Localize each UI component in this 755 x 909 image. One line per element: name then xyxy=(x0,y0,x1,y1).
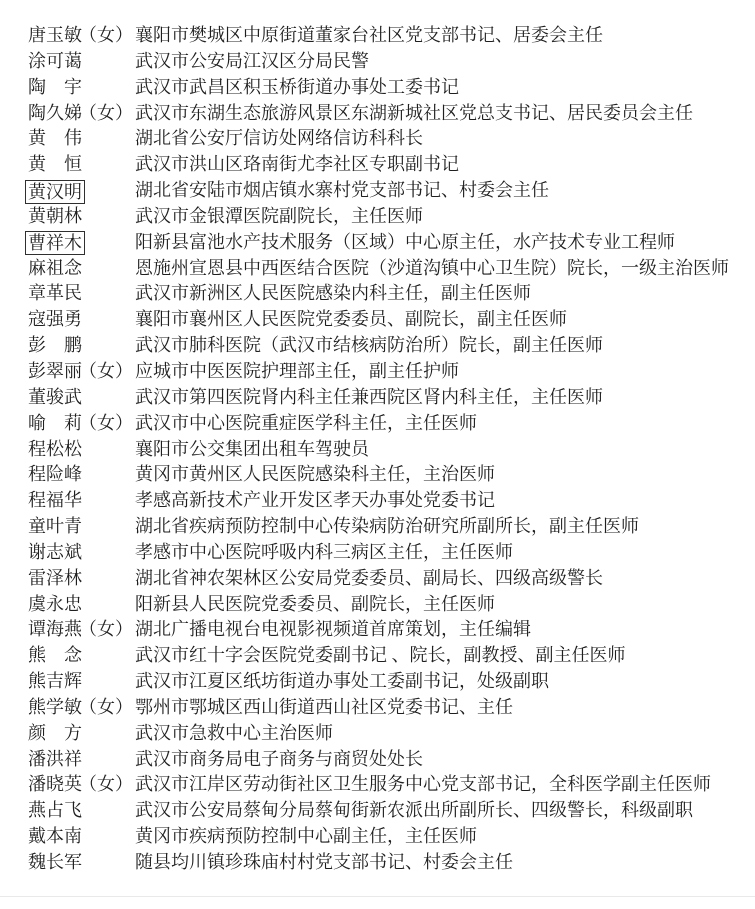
person-title: 随县均川镇珍珠庙村村党支部书记、村委会主任 xyxy=(135,850,513,876)
person-title: 阳新县富池水产技术服务（区域）中心原主任，水产技术专业工程师 xyxy=(135,230,675,256)
document-page: 唐玉敏 （女） 襄阳市樊城区中原街道董家台社区党支部书记、居委会主任 涂可蔼 武… xyxy=(0,0,755,909)
list-row: 谢志斌 孝感市中心医院呼吸内科三病区主任，主任医师 xyxy=(0,540,755,566)
person-title: 湖北省公安厅信访处网络信访科科长 xyxy=(135,126,423,152)
person-name: 陶久娣 xyxy=(28,101,82,127)
list-row: 燕占飞 武汉市公安局蔡甸分局蔡甸街新农派出所副所长、四级警长，科级副职 xyxy=(0,798,755,824)
list-row: 颜 方 武汉市急救中心主治医师 xyxy=(0,721,755,747)
person-name: 喻 莉 xyxy=(28,411,82,437)
person-name: 熊学敏 xyxy=(28,695,82,721)
person-name: 曹祥木 xyxy=(25,231,85,255)
person-name: 彭 鹏 xyxy=(28,333,82,359)
list-row: 熊 念 武汉市红十字会医院党委副书记 、院长，副教授、副主任医师 xyxy=(0,643,755,669)
list-row: 谭海燕 （女） 湖北广播电视台电视影视频道首席策划，主任编辑 xyxy=(0,617,755,643)
list-row: 熊学敏 （女） 鄂州市鄂城区西山街道西山社区党委书记、主任 xyxy=(0,695,755,721)
gender-marker: （女） xyxy=(79,359,133,385)
person-title: 武汉市新洲区人民医院感染内科主任，副主任医师 xyxy=(135,281,531,307)
person-name: 谭海燕 xyxy=(28,617,82,643)
person-title: 恩施州宣恩县中西医结合医院（沙道沟镇中心卫生院）院长，一级主治医师 xyxy=(135,256,729,282)
person-name: 程松松 xyxy=(28,437,82,463)
list-row: 彭 鹏 武汉市肺科医院（武汉市结核病防治所）院长，副主任医师 xyxy=(0,333,755,359)
person-title: 孝感市中心医院呼吸内科三病区主任，主任医师 xyxy=(135,540,513,566)
person-title: 武汉市肺科医院（武汉市结核病防治所）院长，副主任医师 xyxy=(135,333,603,359)
person-name: 虞永忠 xyxy=(28,592,82,618)
person-title: 孝感高新技术产业开发区孝天办事处党委书记 xyxy=(135,488,495,514)
gender-marker: （女） xyxy=(79,411,133,437)
person-title: 武汉市武昌区积玉桥街道办事处工委书记 xyxy=(135,75,459,101)
person-name: 燕占飞 xyxy=(28,798,82,824)
person-title: 湖北省神农架林区公安局党委委员、副局长、四级高级警长 xyxy=(135,566,603,592)
person-title: 应城市中医医院护理部主任，副主任护师 xyxy=(135,359,459,385)
person-name: 黄汉明 xyxy=(25,180,85,204)
list-row: 彭翠丽 （女） 应城市中医医院护理部主任，副主任护师 xyxy=(0,359,755,385)
person-title: 襄阳市公交集团出租车驾驶员 xyxy=(135,437,369,463)
award-list: 唐玉敏 （女） 襄阳市樊城区中原街道董家台社区党支部书记、居委会主任 涂可蔼 武… xyxy=(0,23,755,876)
person-title: 武汉市公安局江汉区分局民警 xyxy=(135,49,369,75)
person-name: 熊 念 xyxy=(28,643,82,669)
person-name: 程福华 xyxy=(28,488,82,514)
person-name: 章革民 xyxy=(28,281,82,307)
page-footer-divider xyxy=(0,896,755,897)
person-name: 董骏武 xyxy=(28,385,82,411)
person-title: 武汉市江岸区劳动街社区卫生服务中心党支部书记，全科医学副主任医师 xyxy=(135,772,711,798)
person-title: 武汉市红十字会医院党委副书记 、院长，副教授、副主任医师 xyxy=(135,643,626,669)
person-title: 襄阳市樊城区中原街道董家台社区党支部书记、居委会主任 xyxy=(135,23,603,49)
list-row: 程险峰 黄冈市黄州区人民医院感染科主任，主治医师 xyxy=(0,462,755,488)
gender-marker: （女） xyxy=(79,695,133,721)
person-name: 谢志斌 xyxy=(28,540,82,566)
gender-marker: （女） xyxy=(79,772,133,798)
person-name: 黄 恒 xyxy=(28,152,82,178)
list-row: 黄 恒 武汉市洪山区珞南街尤李社区专职副书记 xyxy=(0,152,755,178)
list-row: 董骏武 武汉市第四医院肾内科主任兼西院区肾内科主任，主任医师 xyxy=(0,385,755,411)
list-row: 麻祖念 恩施州宣恩县中西医结合医院（沙道沟镇中心卫生院）院长，一级主治医师 xyxy=(0,256,755,282)
list-row: 魏长军 随县均川镇珍珠庙村村党支部书记、村委会主任 xyxy=(0,850,755,876)
person-name: 雷泽林 xyxy=(28,566,82,592)
person-title: 武汉市第四医院肾内科主任兼西院区肾内科主任，主任医师 xyxy=(135,385,603,411)
person-title: 武汉市金银潭医院副院长，主任医师 xyxy=(135,204,423,230)
list-row: 黄朝林 武汉市金银潭医院副院长，主任医师 xyxy=(0,204,755,230)
person-name: 颜 方 xyxy=(28,721,82,747)
person-title: 湖北省疾病预防控制中心传染病防治研究所副所长，副主任医师 xyxy=(135,514,639,540)
list-row: 戴本南 黄冈市疾病预防控制中心副主任，主任医师 xyxy=(0,824,755,850)
person-name: 戴本南 xyxy=(28,824,82,850)
list-row: 潘晓英 （女） 武汉市江岸区劳动街社区卫生服务中心党支部书记，全科医学副主任医师 xyxy=(0,772,755,798)
person-name: 涂可蔼 xyxy=(28,49,82,75)
list-row: 虞永忠 阳新县人民医院党委委员、副院长，主任医师 xyxy=(0,592,755,618)
person-name: 魏长军 xyxy=(28,850,82,876)
list-row: 童叶青 湖北省疾病预防控制中心传染病防治研究所副所长，副主任医师 xyxy=(0,514,755,540)
list-row: 程福华 孝感高新技术产业开发区孝天办事处党委书记 xyxy=(0,488,755,514)
person-name: 陶 宇 xyxy=(28,75,82,101)
list-row: 黄汉明 湖北省安陆市烟店镇水寨村党支部书记、村委会主任 xyxy=(0,178,755,204)
person-title: 武汉市东湖生态旅游风景区东湖新城社区党总支书记、居民委员会主任 xyxy=(135,101,693,127)
person-name: 唐玉敏 xyxy=(28,23,82,49)
list-row: 陶久娣 （女） 武汉市东湖生态旅游风景区东湖新城社区党总支书记、居民委员会主任 xyxy=(0,101,755,127)
person-name: 黄 伟 xyxy=(28,126,82,152)
gender-marker: （女） xyxy=(79,23,133,49)
person-title: 襄阳市襄州区人民医院党委委员、副院长，副主任医师 xyxy=(135,307,567,333)
person-name: 童叶青 xyxy=(28,514,82,540)
person-title: 武汉市洪山区珞南街尤李社区专职副书记 xyxy=(135,152,459,178)
list-row: 唐玉敏 （女） 襄阳市樊城区中原街道董家台社区党支部书记、居委会主任 xyxy=(0,23,755,49)
person-name: 麻祖念 xyxy=(28,256,82,282)
person-name: 寇强勇 xyxy=(28,307,82,333)
person-name: 黄朝林 xyxy=(28,204,82,230)
gender-marker: （女） xyxy=(79,101,133,127)
person-title: 武汉市商务局电子商务与商贸处处长 xyxy=(135,747,423,773)
person-name: 彭翠丽 xyxy=(28,359,82,385)
person-title: 阳新县人民医院党委委员、副院长，主任医师 xyxy=(135,592,495,618)
person-name: 熊吉辉 xyxy=(28,669,82,695)
list-row: 喻 莉 （女） 武汉市中心医院重症医学科主任，主任医师 xyxy=(0,411,755,437)
person-title: 黄冈市疾病预防控制中心副主任，主任医师 xyxy=(135,824,477,850)
list-row: 曹祥木 阳新县富池水产技术服务（区域）中心原主任，水产技术专业工程师 xyxy=(0,230,755,256)
list-row: 潘洪祥 武汉市商务局电子商务与商贸处处长 xyxy=(0,747,755,773)
list-row: 黄 伟 湖北省公安厅信访处网络信访科科长 xyxy=(0,126,755,152)
person-title: 武汉市公安局蔡甸分局蔡甸街新农派出所副所长、四级警长，科级副职 xyxy=(135,798,693,824)
person-name: 潘洪祥 xyxy=(28,747,82,773)
list-row: 熊吉辉 武汉市江夏区纸坊街道办事处工委副书记，处级副职 xyxy=(0,669,755,695)
person-title: 湖北省安陆市烟店镇水寨村党支部书记、村委会主任 xyxy=(135,178,549,204)
gender-marker: （女） xyxy=(79,617,133,643)
person-title: 武汉市中心医院重症医学科主任，主任医师 xyxy=(135,411,477,437)
list-row: 雷泽林 湖北省神农架林区公安局党委委员、副局长、四级高级警长 xyxy=(0,566,755,592)
person-title: 武汉市江夏区纸坊街道办事处工委副书记，处级副职 xyxy=(135,669,549,695)
list-row: 陶 宇 武汉市武昌区积玉桥街道办事处工委书记 xyxy=(0,75,755,101)
person-title: 鄂州市鄂城区西山街道西山社区党委书记、主任 xyxy=(135,695,513,721)
list-row: 程松松 襄阳市公交集团出租车驾驶员 xyxy=(0,437,755,463)
person-title: 黄冈市黄州区人民医院感染科主任，主治医师 xyxy=(135,462,495,488)
list-row: 涂可蔼 武汉市公安局江汉区分局民警 xyxy=(0,49,755,75)
person-name: 程险峰 xyxy=(28,462,82,488)
list-row: 章革民 武汉市新洲区人民医院感染内科主任，副主任医师 xyxy=(0,281,755,307)
person-title: 湖北广播电视台电视影视频道首席策划，主任编辑 xyxy=(135,617,531,643)
person-title: 武汉市急救中心主治医师 xyxy=(135,721,333,747)
list-row: 寇强勇 襄阳市襄州区人民医院党委委员、副院长，副主任医师 xyxy=(0,307,755,333)
person-name: 潘晓英 xyxy=(28,772,82,798)
